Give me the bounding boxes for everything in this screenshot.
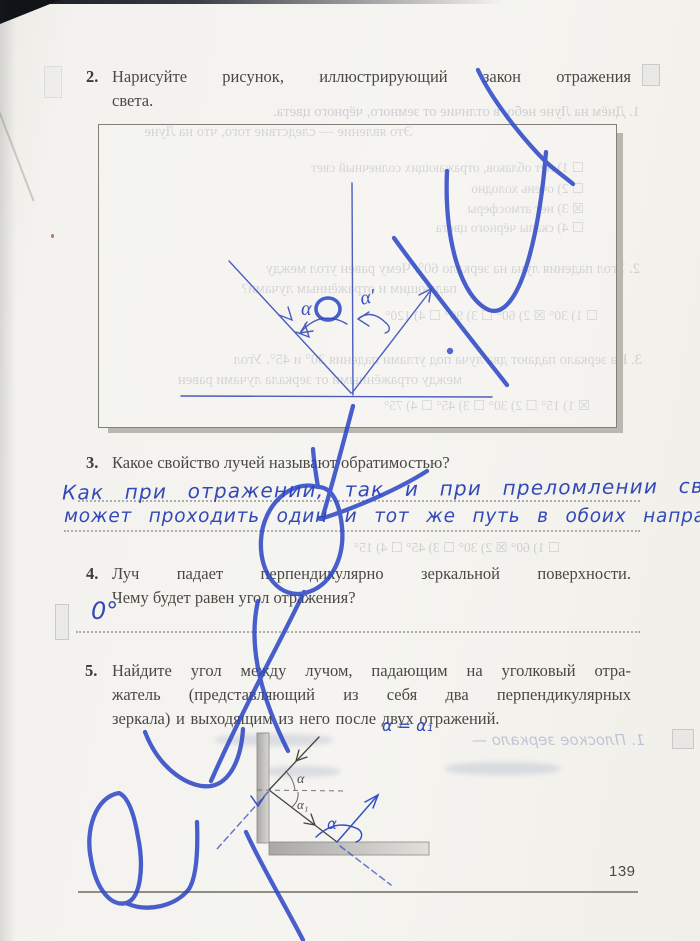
- question-3-line-1: Какое свойство лучей называют обратимост…: [112, 452, 450, 474]
- corner-dashed-normal: [257, 790, 346, 791]
- corner-alpha1-label: α₁: [297, 797, 308, 812]
- corner-exit-arc-hook: [356, 829, 362, 842]
- corner-virtual-ray-dashed: [217, 792, 268, 849]
- answer-line-rule: [76, 631, 640, 633]
- page-number: 139: [609, 863, 636, 880]
- corner-exit-arrowhead: [365, 795, 378, 808]
- bleedthrough-smudge: [262, 766, 340, 777]
- answer-line-rule: [64, 530, 640, 532]
- question-4-number: 4.: [86, 563, 98, 585]
- corner-mirror-vertical: [257, 733, 269, 843]
- bleedthrough-box: [672, 729, 694, 749]
- drawing-box: [98, 124, 617, 428]
- bleedthrough-box: [44, 66, 62, 98]
- question-4-line-1: Луч падает перпендикулярно зеркальной по…: [112, 563, 631, 585]
- bleedthrough-option: ☐ 1) 60° ☒ 2) 30° ☐ 3) 45° ☐ 4) 15°: [354, 540, 560, 556]
- bleedthrough-smudge: [215, 734, 333, 746]
- ink-scrawl-stroke: [246, 832, 303, 940]
- question-2-number: 2.: [86, 66, 98, 88]
- question-5-line-1: Найдите угол между лучом, падающим на уг…: [112, 660, 631, 682]
- bleedthrough-box: [642, 64, 660, 86]
- corner-exit-alpha-label: α: [327, 815, 337, 833]
- footer-rule: [78, 891, 638, 893]
- handwritten-formula-q5: α = α₁: [382, 716, 433, 735]
- corner-internal-ray: [269, 790, 337, 842]
- bleedthrough-handwriting: 1. Плоское зеркало —: [472, 731, 645, 749]
- corner-alpha1-arc: [292, 792, 298, 807]
- corner-back-tick: [251, 796, 264, 806]
- question-2-line-2: света.: [112, 90, 153, 112]
- question-5-line-3: зеркала) и выходящим из него после двух …: [112, 708, 500, 730]
- bleedthrough-smudge: [445, 762, 560, 775]
- bleedthrough-line: 1. Днём на Луне небо, в отличие от земно…: [273, 104, 640, 121]
- scan-edge-left: [0, 0, 16, 941]
- corner-internal-arrowhead: [304, 814, 315, 825]
- question-4-line-2: Чему будет равен угол отражения?: [112, 587, 356, 609]
- bleedthrough-box: [55, 604, 69, 640]
- corner-incident-arrowhead: [296, 750, 307, 761]
- handwritten-answer-q4: 0°: [91, 597, 118, 625]
- corner-exit-angle-arc: [316, 825, 358, 837]
- handwritten-answer-q3-line2: может проходить один и тот же путь в обо…: [64, 506, 700, 527]
- question-5-line-2: жатель (представляющий из себя два перпе…: [112, 684, 631, 706]
- paper-speck: [51, 234, 54, 238]
- workbook-page: 1. Днём на Луне небо, в отличие от земно…: [0, 0, 700, 941]
- question-5-number: 5.: [85, 660, 97, 682]
- corner-exit-ray: [337, 795, 378, 842]
- question-2-line-1: Нарисуйте рисунок, иллюстрирующий закон …: [112, 66, 631, 88]
- question-3-number: 3.: [86, 452, 98, 474]
- scan-edge-top: [0, 0, 700, 4]
- corner-reflector-diagram: α α₁ α: [217, 733, 429, 885]
- corner-mirror-horizontal: [269, 842, 429, 855]
- corner-virtual-ray-dashed: [340, 846, 391, 885]
